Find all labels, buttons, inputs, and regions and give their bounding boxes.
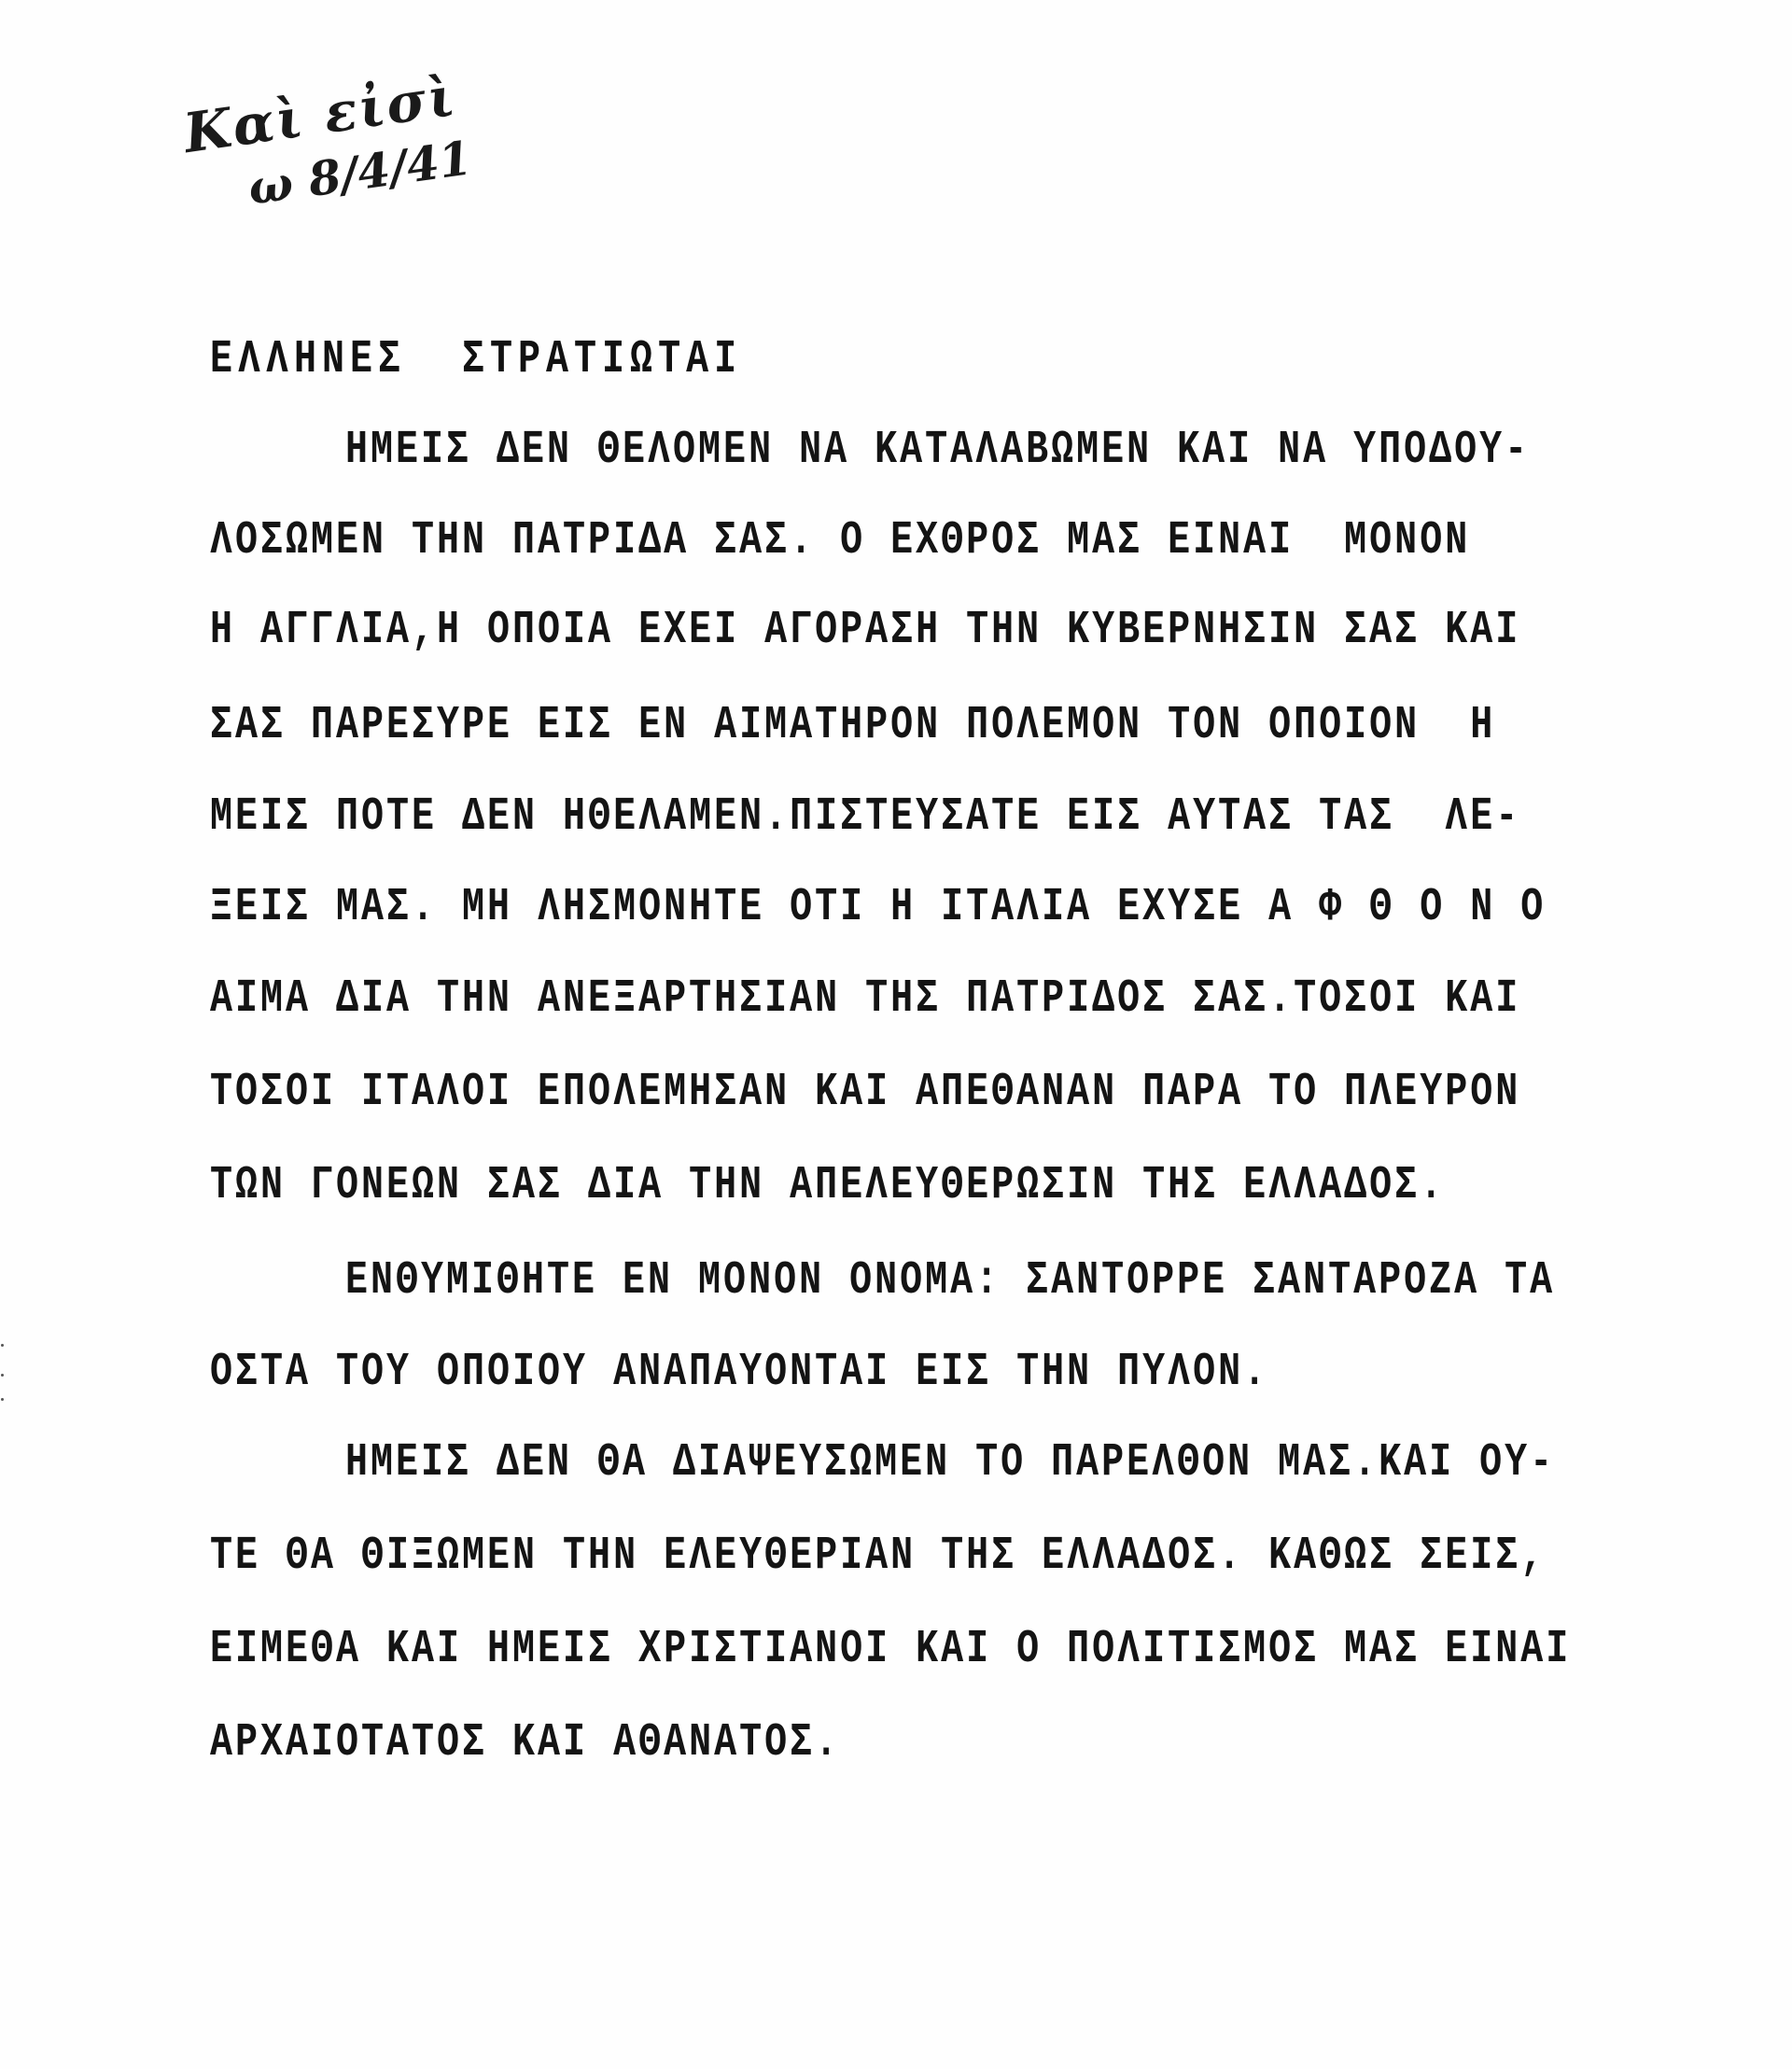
body-line: Η ΑΓΓΛΙΑ,Η ΟΠΟΙΑ ΕΧΕΙ ΑΓΟΡΑΣΗ ΤΗΝ ΚΥΒΕΡΝ…	[210, 605, 1520, 657]
body-line: ΕΝΘΥΜΙΘΗΤΕ ΕΝ ΜΟΝΟΝ ΟΝΟΜΑ: ΣΑΝΤΟΡΡΕ ΣΑΝΤ…	[345, 1255, 1555, 1307]
scan-speck	[1, 1398, 4, 1401]
body-line: ΜΕΙΣ ΠΟΤΕ ΔΕΝ ΗΘΕΛΑΜΕΝ.ΠΙΣΤΕΥΣΑΤΕ ΕΙΣ ΑΥ…	[210, 791, 1520, 844]
body-line: ΛΟΣΩΜΕΝ ΤΗΝ ΠΑΤΡΙΔΑ ΣΑΣ. Ο ΕΧΘΡΟΣ ΜΑΣ ΕΙ…	[210, 515, 1470, 567]
document-page: Καὶ εἰσὶ ω 8/4/41 ΕΛΛΗΝΕΣ ΣΤΡΑΤΙΩΤΑΙ ΗΜΕ…	[0, 0, 1792, 2069]
body-line: ΑΡΧΑΙΟΤΑΤΟΣ ΚΑΙ ΑΘΑΝΑΤΟΣ.	[210, 1717, 840, 1769]
document-heading: ΕΛΛΗΝΕΣ ΣΤΡΑΤΙΩΤΑΙ	[210, 334, 742, 386]
scan-speck	[1, 1374, 4, 1377]
body-line: ΟΣΤΑ ΤΟΥ ΟΠΟΙΟΥ ΑΝΑΠΑΥΟΝΤΑΙ ΕΙΣ ΤΗΝ ΠΥΛΟ…	[210, 1347, 1268, 1399]
body-line: ΤΕ ΘΑ ΘΙΞΩΜΕΝ ΤΗΝ ΕΛΕΥΘΕΡΙΑΝ ΤΗΣ ΕΛΛΑΔΟΣ…	[210, 1531, 1546, 1583]
body-line: ΗΜΕΙΣ ΔΕΝ ΘΕΛΟΜΕΝ ΝΑ ΚΑΤΑΛΑΒΩΜΕΝ ΚΑΙ ΝΑ …	[345, 425, 1530, 477]
body-line: ΤΩΝ ΓΟΝΕΩΝ ΣΑΣ ΔΙΑ ΤΗΝ ΑΠΕΛΕΥΘΕΡΩΣΙΝ ΤΗΣ…	[210, 1160, 1445, 1212]
scan-speck	[1, 1344, 4, 1347]
body-line: ΣΑΣ ΠΑΡΕΣΥΡΕ ΕΙΣ ΕΝ ΑΙΜΑΤΗΡΟΝ ΠΟΛΕΜΟΝ ΤΟ…	[210, 700, 1495, 752]
body-line: ΞΕΙΣ ΜΑΣ. ΜΗ ΛΗΣΜΟΝΗΤΕ ΟΤΙ Η ΙΤΑΛΙΑ ΕΧΥΣ…	[210, 882, 1546, 934]
body-line: ΗΜΕΙΣ ΔΕΝ ΘΑ ΔΙΑΨΕΥΣΩΜΕΝ ΤΟ ΠΑΡΕΛΘΟΝ ΜΑΣ…	[345, 1437, 1555, 1489]
body-line: ΕΙΜΕΘΑ ΚΑΙ ΗΜΕΙΣ ΧΡΙΣΤΙΑΝΟΙ ΚΑΙ Ο ΠΟΛΙΤΙ…	[210, 1624, 1571, 1676]
body-line: ΤΟΣΟΙ ΙΤΑΛΟΙ ΕΠΟΛΕΜΗΣΑΝ ΚΑΙ ΑΠΕΘΑΝΑΝ ΠΑΡ…	[210, 1067, 1520, 1119]
handwritten-annotation: Καὶ εἰσὶ ω 8/4/41	[177, 40, 513, 242]
body-line: ΑΙΜΑ ΔΙΑ ΤΗΝ ΑΝΕΞΑΡΤΗΣΙΑΝ ΤΗΣ ΠΑΤΡΙΔΟΣ Σ…	[210, 973, 1520, 1026]
